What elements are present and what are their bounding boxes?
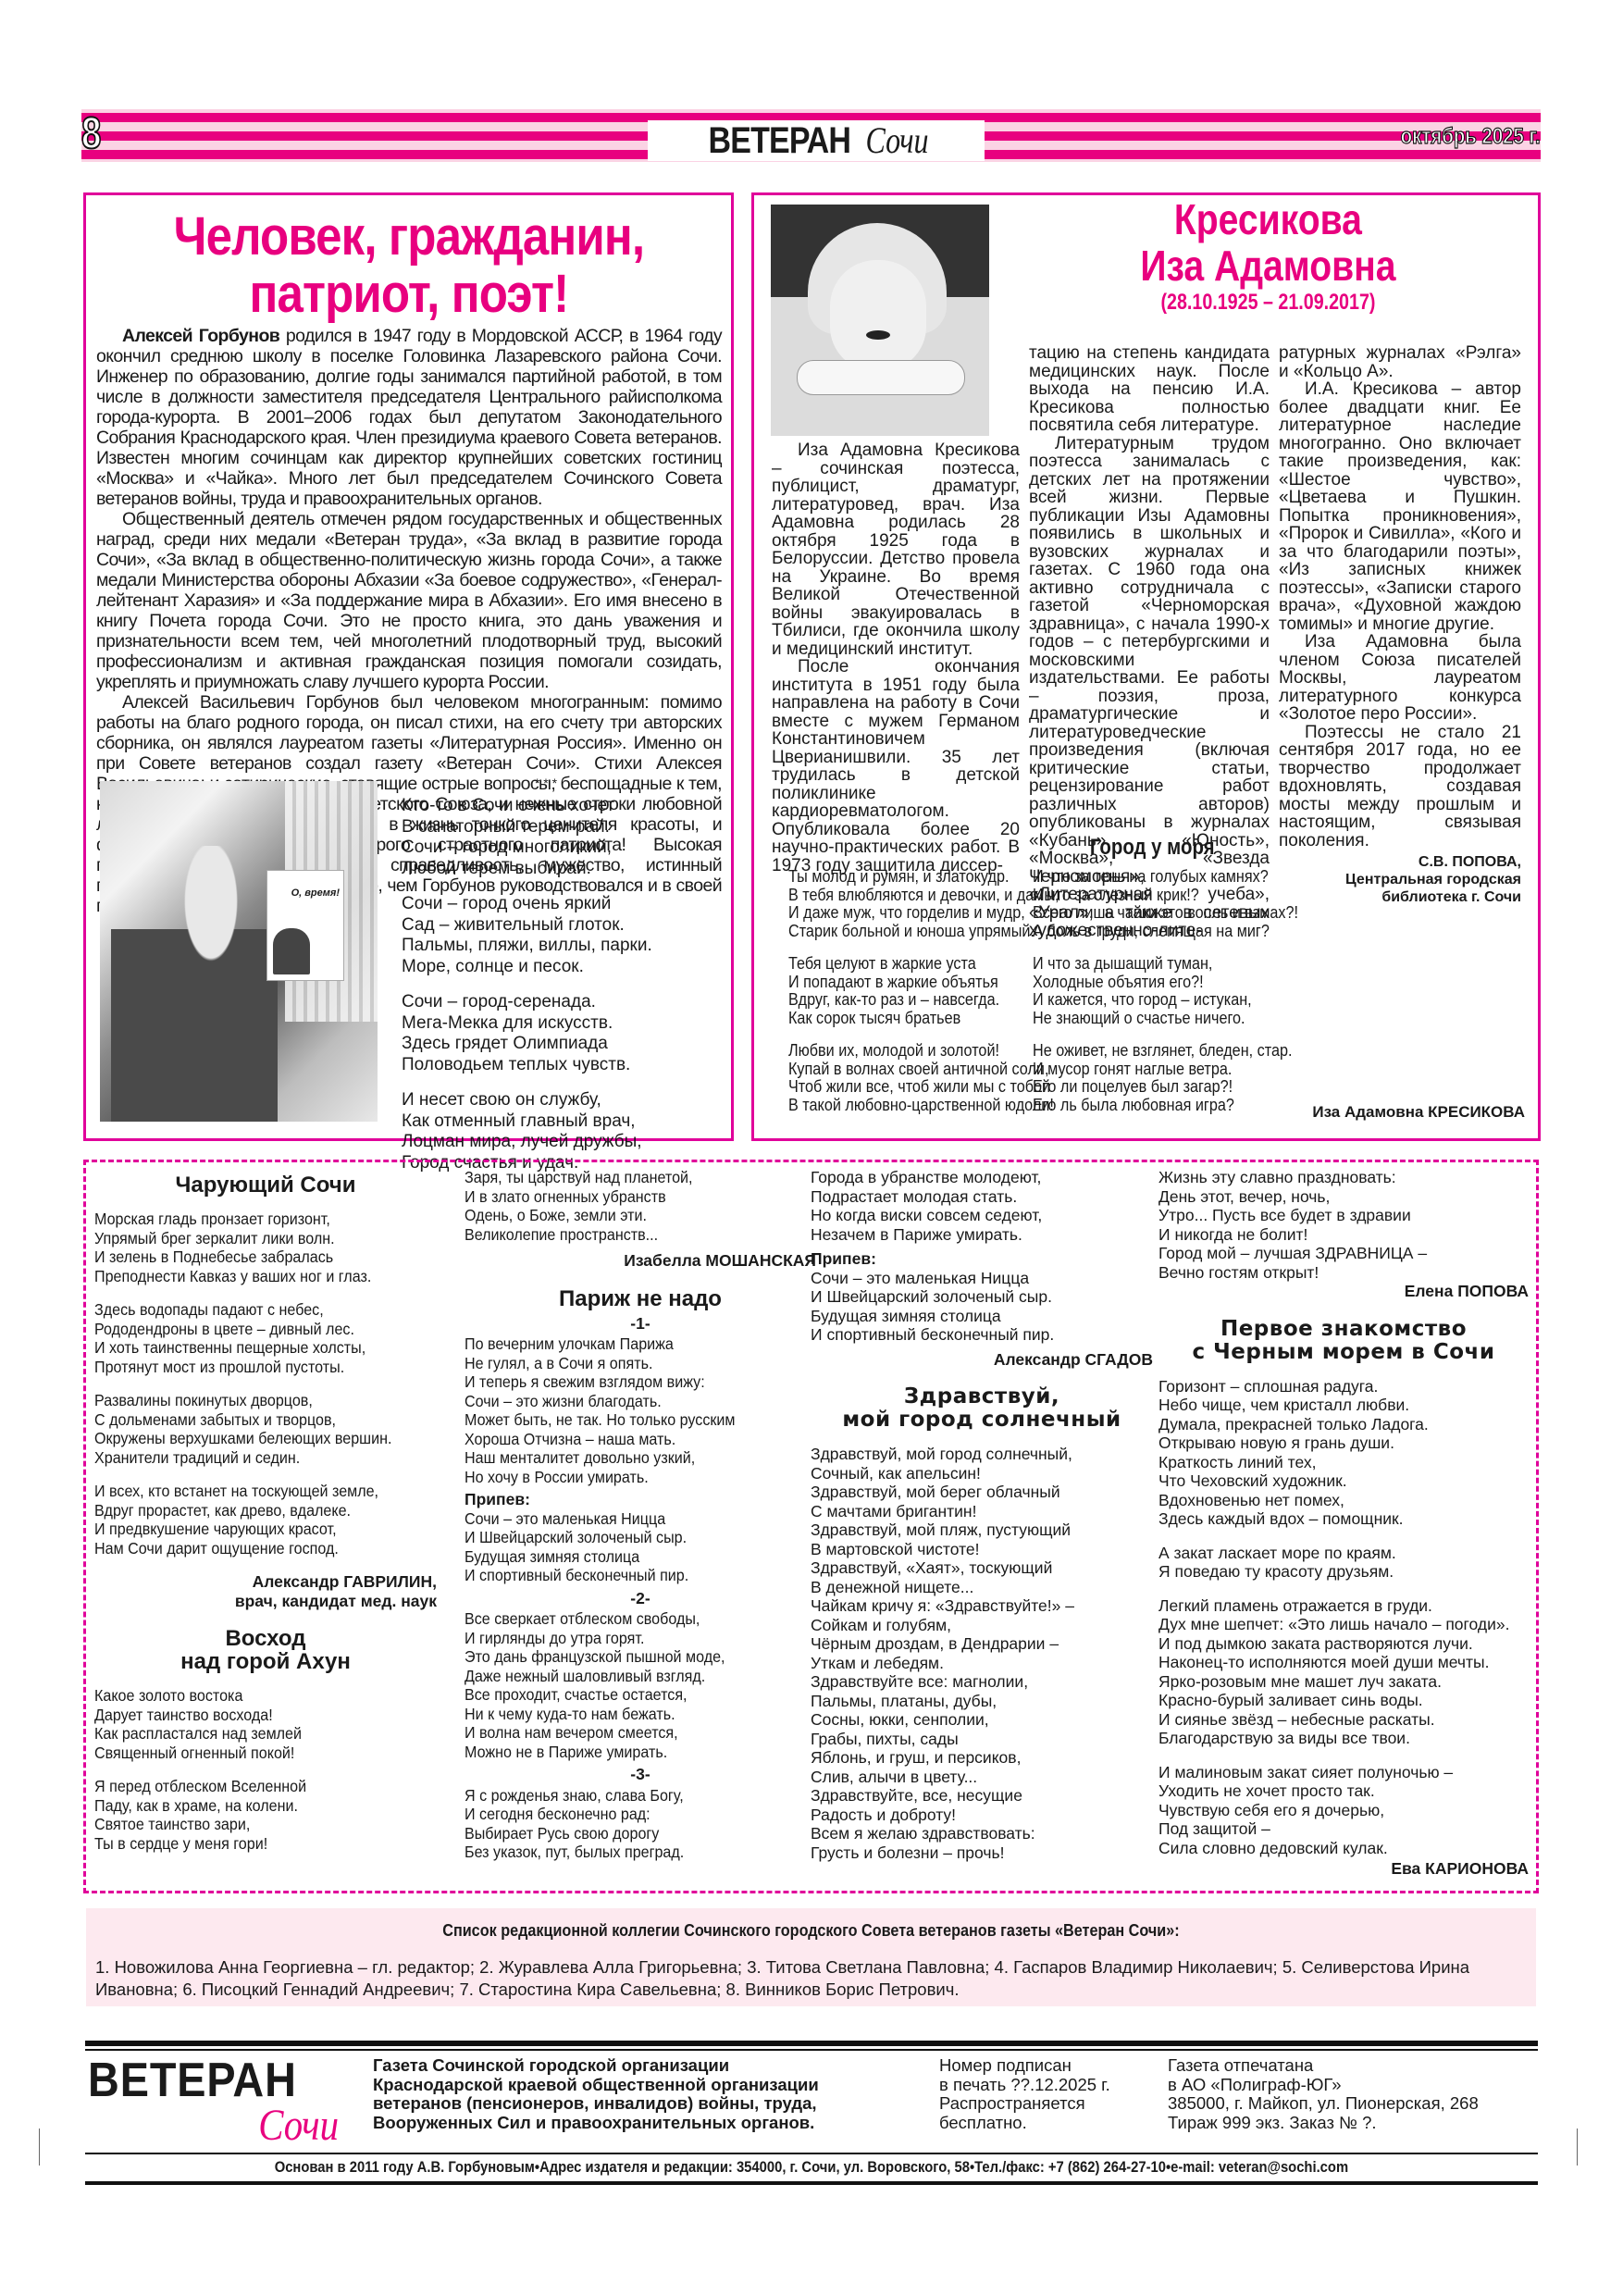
verse-line: Под защитой – (1158, 1819, 1529, 1839)
signing-line: бесплатно. (939, 2114, 1161, 2133)
verse-line: Заря, ты царствуй над планетой, (465, 1168, 788, 1187)
author-name: Александр ГАВРИЛИН, (94, 1572, 437, 1592)
verse-line: Краткость линий тех, (1158, 1453, 1529, 1472)
printer-info: Газета отпечатана в АО «Полиграф-ЮГ» 385… (1168, 2056, 1538, 2132)
life-dates: (28.10.1925 – 21.09.2017) (1009, 290, 1527, 316)
verse-line: И несет свою он службу, (402, 1090, 725, 1111)
verse-line: Сила словно дедовский кулак. (1158, 1839, 1529, 1858)
verse-line: По вечерним улочкам Парижа (465, 1334, 788, 1354)
man-figure (111, 846, 278, 1122)
printer-line: Тираж 999 экз. Заказ № ?. (1168, 2114, 1538, 2133)
poem-author: Иза Адамовна КРЕСИКОВА (1018, 1103, 1525, 1122)
verse-line: Сочи – город-серенада. (402, 992, 725, 1013)
imprint-line: Основан в 2011 году А.В. Горбуновым•Адре… (85, 2156, 1538, 2178)
stanza: Какое золото востока Дарует таинство вос… (94, 1686, 437, 1762)
poem-title: Город у моря (768, 835, 1536, 861)
stanza: Горизонт – сплошная радуга. Небо чище, ч… (1158, 1377, 1529, 1529)
printer-line: 385000, г. Майкоп, ул. Пионерская, 268 (1168, 2094, 1538, 2114)
verse-line: Хороша Отчизна – наша мать. (465, 1430, 788, 1449)
verse-line: Все сверкает отблеском свободы, (465, 1609, 788, 1629)
verse-line: И всех, кто встанет на тоскующей земле, (94, 1482, 409, 1501)
verse-line: Незачем в Париже умирать. (811, 1225, 1153, 1245)
editorial-members: 1. Новожилова Анна Георгиевна – гл. реда… (95, 1956, 1530, 2001)
stanza: Развалины покинутых дворцов, С дольменам… (94, 1391, 437, 1467)
title-line: мой город солнечный (811, 1409, 1153, 1432)
verse-line: Даже нежный шаловливый взгляд. (465, 1667, 788, 1686)
title-city: Сочи (866, 120, 929, 161)
photo-kresikova (771, 205, 989, 436)
stanza: Все сверкает отблеском свободы, И гирлян… (465, 1609, 816, 1761)
verse-line: С дольменами забытых и творцов, (94, 1410, 409, 1430)
paragraph: Поэтессы не стало 21 сентября 2017 года,… (1279, 724, 1521, 850)
stanza: Я с рожденья знаю, слава Богу, И сегодня… (465, 1786, 816, 1862)
verse-line: Преподнести Кавказ у ваших ног и глаз. (94, 1267, 409, 1286)
divider (85, 2181, 1538, 2185)
verse-line: Благодарствую за виды все твои. (1158, 1729, 1529, 1748)
verse-line: Любой терем выбирай. (402, 859, 725, 880)
photo-gorbunov: О, время! (100, 781, 378, 1122)
verse-line: Хранители традиций и седин. (94, 1448, 409, 1468)
divider (85, 2041, 1538, 2046)
verse-line: Жизнь эту славно праздновать: (1158, 1168, 1529, 1187)
headline-line: патриот, поэт! (249, 266, 568, 323)
poem-author: Александр СГАДОВ (811, 1350, 1153, 1370)
verse-line: Без указок, пут, былых преград. (465, 1843, 788, 1862)
poem-author: Ева КАРИОНОВА (1158, 1859, 1529, 1879)
paragraph: Алексей Горбунов родился в 1947 году в М… (96, 326, 722, 509)
stanza: Сочи – это маленькая Ницца И Швейцарский… (465, 1509, 816, 1585)
verse-line: Упрямый брег зеркалит лики волн. (94, 1229, 409, 1248)
verse-line: Слив, алычи в цвету... (811, 1768, 1153, 1787)
editorial-title-text: Список редакционной коллегии Сочинского … (442, 1921, 1179, 1941)
verse-line: И кажется, что город – истукан, (1033, 991, 1366, 1010)
verse-line: Вдохновенью нет помех, (1158, 1491, 1529, 1510)
editorial-title: Список редакционной коллегии Сочинского … (86, 1921, 1536, 1941)
portrait-lips (866, 330, 890, 340)
verse-line: Сочи – это жизни благодать. (465, 1392, 788, 1411)
divider (85, 2049, 1538, 2051)
verse-line: Все проходит, счастье остается, (465, 1685, 788, 1705)
verse-line: Вдруг прорастет, как древо, вдалеке. (94, 1501, 409, 1520)
crop-mark (1577, 2128, 1578, 2166)
poster-portrait (273, 928, 310, 974)
logo-city: Сочи (126, 2106, 339, 2145)
verse-line: Наш менталитет довольно узкий, (465, 1448, 788, 1468)
verse-line: Города в убранстве молодеют, (811, 1168, 1153, 1187)
paragraph: Литературным трудом поэтесса занималась … (1029, 435, 1270, 940)
logo-main: ВЕТЕРАН (88, 2054, 297, 2106)
verse-line: Не гулял, а в Сочи я опять. (465, 1354, 788, 1373)
verse-line: Развалины покинутых дворцов, (94, 1391, 409, 1410)
verse-line: Ты в сердце у меня гори! (94, 1834, 409, 1854)
poem-separator: * * * (490, 776, 601, 790)
verse-line: Может быть, не так. Но только русским (465, 1410, 788, 1430)
verse-line: Подрастает молодая стать. (811, 1187, 1153, 1207)
verse-line: Что Чеховский художник. (1158, 1471, 1529, 1491)
verse-line: Чайкам кричу я: «Здравствуйте!» – (811, 1596, 1153, 1616)
verse-line: И гирлянды до утра горят. (465, 1629, 788, 1648)
verse-line: Нам Сочи дарит ощущение господ. (94, 1539, 409, 1558)
poetry-column-3: Города в убранстве молодеют, Подрастает … (811, 1168, 1153, 1877)
verse-line: И зелень в Поднебесье забралась (94, 1247, 409, 1267)
title-line: с Черным морем в Сочи (1158, 1341, 1529, 1364)
verse-line: Вечно гостям открыт! (1158, 1263, 1529, 1283)
poem-author: Изабелла МОШАНСКАЯ (465, 1251, 816, 1271)
poem-author: Елена ПОПОВА (1158, 1282, 1529, 1301)
stanza: И что за дышащий туман, Холодные объятия… (1033, 955, 1403, 1027)
stanza: Сочи – город-серенада. Мега-Мекка для ис… (402, 992, 725, 1075)
verse-line: День этот, вечер, ночь, (1158, 1187, 1529, 1207)
stanza: Морская гладь пронзает горизонт, Упрямый… (94, 1210, 437, 1285)
signing-line: в печать ??.12.2025 г. (939, 2076, 1161, 2095)
verse-line: Яблонь, и груш, и персиков, (811, 1748, 1153, 1768)
footer-logo: ВЕТЕРАН Сочи (88, 2054, 342, 2145)
stanza: Я перед отблеском Вселенной Паду, как в … (94, 1777, 437, 1853)
poem-title: Чарующий Сочи (94, 1173, 437, 1197)
part-number: -1- (465, 1314, 816, 1334)
stanza: А закат ласкает море по краям. Я поведаю… (1158, 1544, 1529, 1582)
title-line: Первое знакомство (1158, 1318, 1529, 1341)
headline: Человек, гражданин, патриот, поэт! (86, 208, 731, 323)
article-column-3: ратурных журналах «Рэлга» и «Кольцо А». … (1279, 344, 1521, 906)
verse-line: Не оживет, не взглянет, бледен, стар. (1033, 1042, 1366, 1061)
verse-line: Дарует таинство восхода! (94, 1706, 409, 1725)
verse-line: Ни к чему куда-то нам бежать. (465, 1705, 788, 1724)
paragraph: Иза Адамовна Кресикова – сочинская поэте… (772, 441, 1020, 658)
verse-line: И спортивный бесконечный пир. (811, 1325, 1153, 1345)
verse-line: Небо чище, чем кристалл любви. (1158, 1396, 1529, 1415)
verse-line: Я перед отблеском Вселенной (94, 1777, 409, 1796)
page-number: 8 (81, 112, 100, 156)
verse-line: Половодьем теплых чувств. (402, 1055, 725, 1076)
verse-line: Будущая зимняя столица (811, 1307, 1153, 1326)
printer-line: в АО «Полиграф-ЮГ» (1168, 2076, 1538, 2095)
verse-line: Здравствуй, мой берег облачный (811, 1483, 1153, 1502)
publisher-line: Газета Сочинской городской организации (373, 2056, 896, 2076)
part-number: -2- (465, 1589, 816, 1608)
verse-line: Сочи – город многоликий, (402, 838, 725, 859)
verse-line: Одень, о Боже, земли эти. (465, 1206, 788, 1225)
stanza: Здесь водопады падают с небес, Рододендр… (94, 1300, 437, 1376)
signing-line: Распространяется (939, 2094, 1161, 2114)
verse-line: Город мой – лучшая ЗДРАВНИЦА – (1158, 1244, 1529, 1263)
stanza: И всех, кто встанет на тоскующей земле, … (94, 1482, 437, 1558)
verse-line: Протянут мост из прошлой пустоты. (94, 1358, 409, 1377)
verse-line: Чёрным дроздам, в Дендрарии – (811, 1634, 1153, 1654)
poem-title-text: Город у моря (1090, 835, 1215, 861)
book-poster: О, время! (266, 870, 344, 981)
verse-line: Как отменный главный врач, (402, 1111, 725, 1133)
stanza: Здравствуй, мой город солнечный, Сочный,… (811, 1445, 1153, 1862)
verse-line: Открываю новую я грань души. (1158, 1433, 1529, 1453)
verse-line: И спортивный бесконечный пир. (465, 1566, 788, 1585)
verse-line: И сегодня бесконечно рад: (465, 1805, 788, 1824)
verse-line: Сад – живительный глоток. (402, 915, 725, 937)
verse-line: Думала, прекрасней только Ладога. (1158, 1415, 1529, 1434)
part-number: -3- (465, 1765, 816, 1784)
verse-line: И в злато огненных убранств (465, 1187, 788, 1207)
verse-line: Наконец-то исполняются моей души мечты. (1158, 1653, 1529, 1672)
paragraph: Общественный деятель отмечен рядом госуд… (96, 509, 722, 692)
crop-mark (39, 2128, 40, 2166)
verse-line: Но хочу в России умирать. (465, 1468, 788, 1487)
stanza: По вечерним улочкам Парижа Не гулял, а в… (465, 1334, 816, 1486)
verse-line: В санаторный терем-рай. (402, 817, 725, 838)
title-line: Восход (94, 1627, 437, 1650)
poetry-column-2: Заря, ты царствуй над планетой, И в злат… (465, 1168, 816, 1877)
verse-line: Радость и доброту! (811, 1806, 1153, 1825)
stanza: Сочи – это маленькая Ницца И Швейцарский… (811, 1269, 1153, 1345)
stanza: И что за тень на голубых камнях? И что з… (1033, 868, 1403, 940)
paragraph: тацию на степень кандидата медицинских н… (1029, 344, 1270, 435)
verse-line: И волна нам вечером смеется, (465, 1723, 788, 1743)
article-column-1: Иза Адамовна Кресикова – сочинская поэте… (772, 441, 1020, 875)
verse-line: Здравствуй, мой город солнечный, (811, 1445, 1153, 1464)
signing-line: Номер подписан (939, 2056, 1161, 2076)
stanza: Сочи – город очень яркий Сад – живительн… (402, 894, 725, 977)
verse-line: Холодные объятия его?! (1033, 974, 1366, 992)
publisher-line: ветеранов (пенсионеров, инвалидов) войны… (373, 2094, 896, 2114)
stanza: Города в убранстве молодеют, Подрастает … (811, 1168, 1153, 1244)
verse-line: А боль в груди, слепящая на миг? (1033, 923, 1366, 941)
verse-line: А закат ласкает море по краям. (1158, 1544, 1529, 1563)
verse-line: Это дань французской пышной моде, (465, 1647, 788, 1667)
lead-name: Алексей Горбунов (122, 326, 279, 346)
verse-line: И что за тень на голубых камнях? (1033, 868, 1366, 887)
verse-line: Священный огненный покой! (94, 1744, 409, 1763)
verse-line: Морская гладь пронзает горизонт, (94, 1210, 409, 1229)
verse-line: С мачтами бригантин! (811, 1502, 1153, 1521)
verse-line: Окружены верхушками белеющих вершин. (94, 1429, 409, 1448)
verse-line: Дух мне шепчет: «Это лишь начало – погод… (1158, 1615, 1529, 1634)
verse-line: И Швейцарский золоченый сыр. (465, 1528, 788, 1547)
issue-date: октябрь 2025 г. (1401, 120, 1541, 154)
verse-line: Здравствуйте все: магнолии, (811, 1672, 1153, 1692)
verse-line: Чувствую себя его я дочерью, (1158, 1801, 1529, 1820)
verse-line: В денежной нищете... (811, 1578, 1153, 1597)
verse-line: В мартовской чистоте! (811, 1540, 1153, 1559)
poem-title: Здравствуй, мой город солнечный (811, 1385, 1153, 1432)
newspaper-title: ВЕТЕРАН Сочи (648, 120, 985, 161)
verse-line: Можно не в Париже умирать. (465, 1743, 788, 1762)
verse-line: Сочи – это маленькая Ницца (465, 1509, 788, 1529)
verse-line: Сочи – город очень яркий (402, 894, 725, 915)
verse-line: Сочи – это маленькая Ницца (811, 1269, 1153, 1288)
verse-line: Здравствуй, мой пляж, пустующий (811, 1520, 1153, 1540)
stanza: И малиновым закат сияет полуночью – Уход… (1158, 1763, 1529, 1858)
verse-line: Грусть и болезни – прочь! (811, 1843, 1153, 1863)
poem-title: Первое знакомство с Черным морем в Сочи (1158, 1318, 1529, 1364)
signing-info: Номер подписан в печать ??.12.2025 г. Ра… (939, 2056, 1161, 2132)
dates-text: (28.10.1925 – 21.09.2017) (1160, 290, 1375, 316)
verse-line: Здравствуй, «Хаят», тоскующий (811, 1558, 1153, 1578)
verse-line: Всем я желаю здравствовать: (811, 1824, 1153, 1843)
printer-line: Газета отпечатана (1168, 2056, 1538, 2076)
imprint-text: Основан в 2011 году А.В. Горбуновым•Адре… (275, 2156, 1348, 2178)
verse-line: Утро... Пусть все будет в здравии (1158, 1206, 1529, 1225)
verse-line: Сочный, как апельсин! (811, 1464, 1153, 1483)
verse-line: Море, солнце и песок. (402, 957, 725, 978)
headline-line: Иза Адамовна (1140, 242, 1395, 289)
editorial-board: Список редакционной коллегии Сочинского … (86, 1908, 1536, 2006)
verse-line: Горизонт – сплошная радуга. (1158, 1377, 1529, 1396)
verse-line: И теперь я свежим взглядом вижу: (465, 1372, 788, 1392)
paragraph: Иза Адамовна была членом Союза писателей… (1279, 633, 1521, 724)
portrait-face (830, 260, 926, 371)
verse-line: И предвкушение чарующих красот, (94, 1520, 409, 1539)
verse-line: Его ли поцелуев был загар?! (1033, 1078, 1366, 1097)
verse-line: Рододендроны в цвете – дивный лес. (94, 1320, 409, 1339)
verse-line: Но когда виски совсем седеют, (811, 1206, 1153, 1225)
verse-line: Выбирает Русь свою дорогу (465, 1824, 788, 1843)
poetry-column-4: Жизнь эту славно праздновать: День этот,… (1158, 1168, 1529, 1895)
title-line: Здравствуй, (811, 1385, 1153, 1409)
verse-line: И малиновым закат сияет полуночью – (1158, 1763, 1529, 1782)
portrait-hands (797, 360, 965, 395)
poem-title: Париж не надо (465, 1287, 816, 1310)
stanza: Легкий пламень отражается в груди. Дух м… (1158, 1596, 1529, 1748)
verse-line: Не знающий о счастье ничего. (1033, 1010, 1366, 1028)
verse-line: И что за слезный крик!? (1033, 887, 1366, 905)
poem-title: Восход над горой Ахун (94, 1627, 437, 1673)
headline: Кресикова Иза Адамовна (1009, 196, 1527, 289)
publisher-info: Газета Сочинской городской организации К… (373, 2056, 896, 2132)
poster-title: О, время! (267, 871, 343, 900)
divider (85, 2153, 1538, 2154)
chorus-label: Припев: (465, 1490, 816, 1509)
poetry-column-1: Чарующий Сочи Морская гладь пронзает гор… (94, 1168, 437, 1868)
verse-line: И сиянье звёзд – небесные раскаты. (1158, 1710, 1529, 1730)
publisher-line: Краснодарской краевой общественной орган… (373, 2076, 896, 2095)
verse-line: Какое золото востока (94, 1686, 409, 1706)
masthead: 8 ВЕТЕРАН Сочи октябрь 2025 г. (81, 109, 1541, 161)
verse-line: Святое таинство зари, (94, 1815, 409, 1834)
verse-line: И никогда не болит! (1158, 1225, 1529, 1245)
verse-line: И хоть таинственны пещерные холсты, (94, 1338, 409, 1358)
poem-author: Александр ГАВРИЛИН, врач, кандидат мед. … (94, 1572, 437, 1610)
paragraph: ратурных журналах «Рэлга» и «Кольцо А». (1279, 344, 1521, 380)
verse-line: Уходить не хочет просто так. (1158, 1781, 1529, 1801)
verse-line: Ярко-розовым мне машет луч заката. (1158, 1672, 1529, 1692)
verse-line: Будущая зимняя столица (465, 1547, 788, 1567)
verse-line: Сосны, юкки, сенполии, (811, 1710, 1153, 1730)
verse-line: Здесь водопады падают с небес, (94, 1300, 409, 1320)
verse-line: Всего лишь чайки это вопль и взмах?! (1033, 904, 1366, 923)
verse-line: Пальмы, платаны, дубы, (811, 1692, 1153, 1711)
verse-line: Я с рожденья знаю, слава Богу, (465, 1786, 788, 1806)
verse-line: Уткам и лебедям. (811, 1654, 1153, 1673)
verse-line: Мега-Мекка для искусств. (402, 1013, 725, 1035)
paragraph: И.А. Кресикова – автор более двадцати кн… (1279, 380, 1521, 633)
verse-line: Лоцман мира, лучей дружбы, (402, 1132, 725, 1153)
verse-line: Как распластался над землей (94, 1724, 409, 1744)
verse-line: Великолепие пространств... (465, 1225, 788, 1245)
verse-line: Грабы, пихты, сады (811, 1730, 1153, 1749)
verse-line: И под дымкою заката растворяются лучи. (1158, 1634, 1529, 1654)
verse-line: Здесь грядет Олимпиада (402, 1034, 725, 1055)
verse-line: И Швейцарский золоченый сыр. (811, 1287, 1153, 1307)
verse-line: Легкий пламень отражается в груди. (1158, 1596, 1529, 1616)
stanza: Заря, ты царствуй над планетой, И в злат… (465, 1168, 816, 1244)
headline-line: Человек, гражданин, (173, 208, 643, 266)
title-line: над горой Ахун (94, 1650, 437, 1673)
verse-line: И мусор гонят наглые ветра. (1033, 1061, 1366, 1079)
paragraph-text: родился в 1947 году в Мордовской АССР, в… (96, 326, 722, 509)
chorus-label: Припев: (811, 1249, 1153, 1269)
verse-line: Красно-бурый заливает синь воды. (1158, 1691, 1529, 1710)
verse-line: Здравствуйте, все, несущие (811, 1786, 1153, 1806)
verse-line: Сойкам и голубям, (811, 1616, 1153, 1635)
verse-line: Кто-то в Сочи очень хочет (402, 796, 725, 817)
stanza: Жизнь эту славно праздновать: День этот,… (1158, 1168, 1529, 1282)
poem-gorbunov: Кто-то в Сочи очень хочет В санаторный т… (402, 796, 725, 1188)
poem-column: И что за тень на голубых камнях? И что з… (1033, 868, 1403, 1129)
verse-line: Пальмы, пляжи, виллы, парки. (402, 936, 725, 957)
verse-line: Я поведаю ту красоту друзьям. (1158, 1562, 1529, 1582)
verse-line: И что за дышащий туман, (1033, 955, 1366, 974)
title-main: ВЕТЕРАН (709, 120, 851, 161)
publisher-line: Вооруженных Сил и правоохранительных орг… (373, 2114, 896, 2133)
stanza: Кто-то в Сочи очень хочет В санаторный т… (402, 796, 725, 879)
author-title: врач, кандидат мед. наук (94, 1592, 437, 1611)
verse-line: Паду, как в храме, на колени. (94, 1796, 409, 1816)
verse-line: Здесь каждый вдох – помощник. (1158, 1509, 1529, 1529)
headline-line: Кресикова (1174, 196, 1362, 242)
